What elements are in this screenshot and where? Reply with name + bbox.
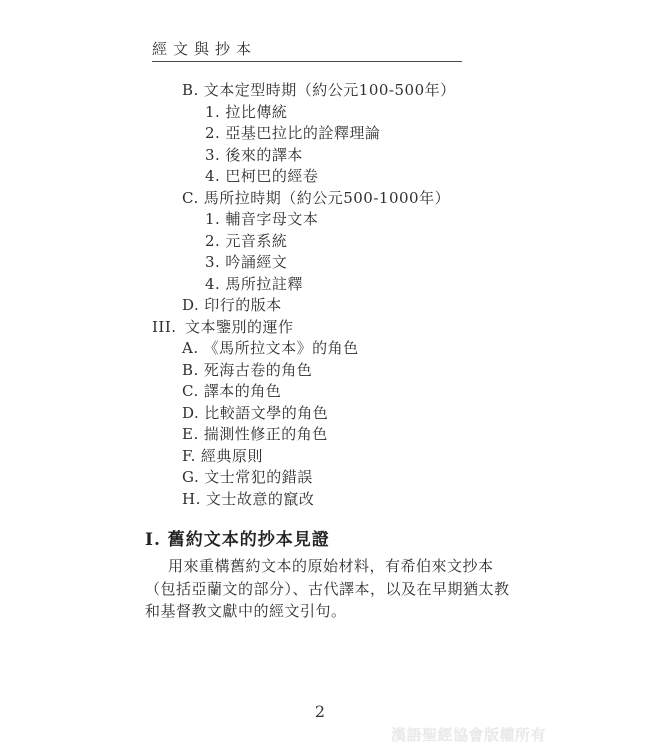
outline-item: B.死海古卷的角色: [152, 360, 572, 382]
outline-item-label: 3.: [205, 145, 220, 167]
outline-item-text: 輔音字母文本: [225, 210, 318, 228]
outline-item-text: 拉比傳統: [225, 103, 287, 121]
outline-item: D.比較語文學的角色: [152, 403, 572, 425]
outline-item: F.經典原則: [152, 446, 572, 468]
outline-item: G.文士常犯的錯誤: [152, 467, 572, 489]
outline-list: B.文本定型時期（約公元100-500年） 1.拉比傳統 2.亞基巴拉比的詮釋理…: [152, 80, 572, 510]
outline-item-label: E.: [182, 424, 199, 446]
outline-item-label: 2.: [205, 231, 220, 253]
outline-item-label: B.: [182, 80, 199, 102]
outline-item: H.文士故意的竄改: [152, 489, 572, 511]
copyright-watermark: 漢語聖經協會版權所有: [391, 724, 546, 745]
outline-item-label: H.: [182, 489, 201, 511]
outline-item: C.譯本的角色: [152, 381, 572, 403]
outline-item-label: 1.: [205, 102, 220, 124]
outline-item-label: 4.: [205, 274, 220, 296]
outline-item-label: D.: [182, 403, 199, 425]
outline-item-label: 2.: [205, 123, 220, 145]
running-header: 經文與抄本: [152, 38, 257, 59]
document-page: 經文與抄本 B.文本定型時期（約公元100-500年） 1.拉比傳統 2.亞基巴…: [0, 0, 650, 750]
paragraph-line: 用來重構舊約文本的原始材料，有希伯來文抄本: [145, 555, 505, 578]
outline-item: 2.元音系統: [152, 231, 572, 253]
outline-item-label: 3.: [205, 252, 220, 274]
outline-item: 3.後來的譯本: [152, 145, 572, 167]
section: I. 舊約文本的抄本見證 用來重構舊約文本的原始材料，有希伯來文抄本 （包括亞蘭…: [145, 527, 505, 623]
outline-item-text: 文本鑒別的運作: [185, 318, 294, 336]
outline-item: III.文本鑒別的運作: [152, 317, 572, 339]
outline-item-text: 馬所拉註釋: [225, 275, 303, 293]
header-rule: [152, 61, 462, 62]
outline-item-label: F.: [182, 446, 196, 468]
paragraph-line: 和基督教文獻中的經文引句。: [145, 600, 505, 623]
outline-item: C.馬所拉時期（約公元500-1000年）: [152, 188, 572, 210]
outline-item-text: 元音系統: [225, 232, 287, 250]
outline-item-text: 《馬所拉文本》的角色: [204, 339, 359, 357]
outline-item: 2.亞基巴拉比的詮釋理論: [152, 123, 572, 145]
paragraph-line: （包括亞蘭文的部分）、古代譯本，以及在早期猶太教: [145, 578, 505, 601]
outline-item-text: 亞基巴拉比的詮釋理論: [225, 124, 380, 142]
outline-item: A.《馬所拉文本》的角色: [152, 338, 572, 360]
outline-item-text: 印行的版本: [204, 296, 282, 314]
outline-item-text: 文本定型時期（約公元100-500年）: [204, 81, 456, 99]
outline-item-text: 比較語文學的角色: [204, 404, 328, 422]
outline-item-text: 後來的譯本: [225, 146, 303, 164]
outline-item: 3.吟誦經文: [152, 252, 572, 274]
outline-item-label: G.: [182, 467, 199, 489]
outline-item-text: 文士常犯的錯誤: [204, 468, 313, 486]
outline-item-text: 揣測性修正的角色: [204, 425, 328, 443]
outline-item: E.揣測性修正的角色: [152, 424, 572, 446]
outline-item-text: 文士故意的竄改: [206, 490, 315, 508]
outline-item-label: C.: [182, 188, 199, 210]
outline-item: 4.馬所拉註釋: [152, 274, 572, 296]
outline-item-text: 經典原則: [201, 447, 263, 465]
outline-item: 1.拉比傳統: [152, 102, 572, 124]
outline-item-label: 4.: [205, 166, 220, 188]
outline-item-label: C.: [182, 381, 199, 403]
section-paragraph: 用來重構舊約文本的原始材料，有希伯來文抄本 （包括亞蘭文的部分）、古代譯本，以及…: [145, 555, 505, 623]
outline-item: 4.巴柯巴的經卷: [152, 166, 572, 188]
outline-item: B.文本定型時期（約公元100-500年）: [152, 80, 572, 102]
outline-item: 1.輔音字母文本: [152, 209, 572, 231]
page-number: 2: [300, 702, 340, 721]
outline-item-label: A.: [182, 338, 199, 360]
section-heading: I. 舊約文本的抄本見證: [145, 527, 505, 553]
outline-item-label: III.: [152, 317, 185, 339]
outline-item-label: D.: [182, 295, 199, 317]
outline-item-label: 1.: [205, 209, 220, 231]
outline-item-text: 死海古卷的角色: [204, 361, 313, 379]
outline-item-label: B.: [182, 360, 199, 382]
outline-item-text: 巴柯巴的經卷: [225, 167, 318, 185]
outline-item-text: 馬所拉時期（約公元500-1000年）: [204, 189, 450, 207]
outline-item-text: 譯本的角色: [204, 382, 282, 400]
outline-item: D.印行的版本: [152, 295, 572, 317]
outline-item-text: 吟誦經文: [225, 253, 287, 271]
